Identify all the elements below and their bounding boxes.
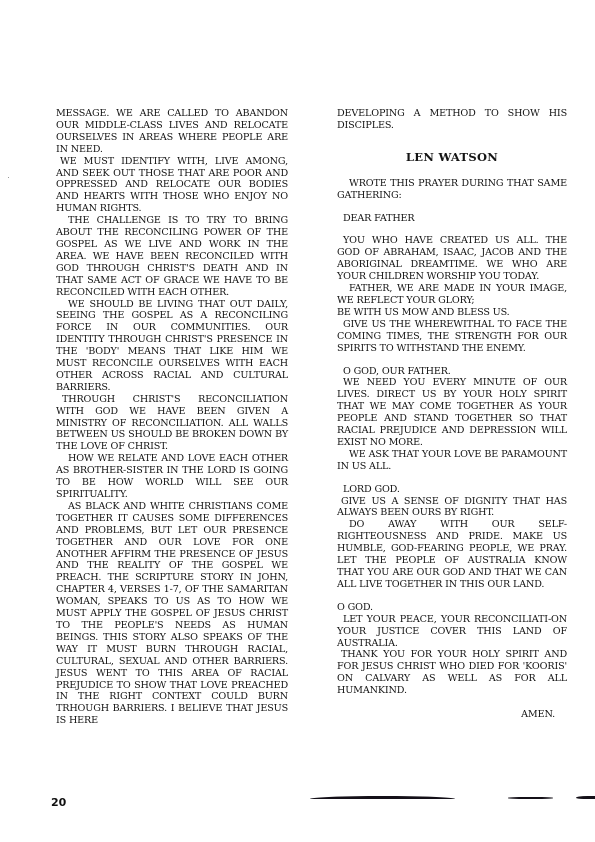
prayer-paragraph: WE NEED YOU EVERY MINUTE OF OUR LIVES. D… [337, 377, 567, 448]
prayer-salutation: DEAR FATHER [337, 213, 567, 225]
paragraph: THROUGH CHRIST'S RECONCILIATION WITH GOD… [56, 394, 288, 454]
decorative-rule [508, 797, 553, 799]
prayer-intro: WROTE THIS PRAYER DURING THAT SAME GATHE… [337, 178, 567, 202]
prayer-paragraph: BE WITH US MOW AND BLESS US. [337, 307, 567, 319]
prayer-paragraph: DO AWAY WITH OUR SELF-RIGHTEOUSNESS AND … [337, 519, 567, 590]
continuation-text: DEVELOPING A METHOD TO SHOW HIS DISCIPLE… [337, 108, 567, 132]
paragraph: MESSAGE. WE ARE CALLED TO ABANDON OUR MI… [56, 108, 288, 156]
paragraph: HOW WE RELATE AND LOVE EACH OTHER AS BRO… [56, 453, 288, 501]
left-column: MESSAGE. WE ARE CALLED TO ABANDON OUR MI… [56, 108, 288, 727]
right-column: DEVELOPING A METHOD TO SHOW HIS DISCIPLE… [337, 108, 567, 721]
prayer-paragraph: YOU WHO HAVE CREATED US ALL. THE GOD OF … [337, 235, 567, 283]
prayer-address: LORD GOD. [337, 484, 567, 496]
decorative-rule [576, 796, 595, 799]
paragraph: WE SHOULD BE LIVING THAT OUT DAILY, SEEI… [56, 299, 288, 394]
prayer-closing: AMEN. [337, 709, 567, 721]
decorative-rule [310, 796, 455, 799]
prayer-paragraph: GIVE US THE WHEREWITHAL TO FACE THE COMI… [337, 319, 567, 355]
section-heading: LEN WATSON [337, 152, 567, 164]
document-page: MESSAGE. WE ARE CALLED TO ABANDON OUR MI… [0, 0, 595, 842]
prayer-paragraph: LET YOUR PEACE, YOUR RECONCILIATI-ON YOU… [337, 614, 567, 650]
prayer-paragraph: GIVE US A SENSE OF DIGNITY THAT HAS ALWA… [337, 496, 567, 520]
paragraph: AS BLACK AND WHITE CHRISTIANS COME TOGET… [56, 501, 288, 727]
paragraph: WE MUST IDENTIFY WITH, LIVE AMONG, AND S… [56, 156, 288, 216]
prayer-address: O GOD, OUR FATHER. [337, 366, 567, 378]
paragraph: THE CHALLENGE IS TO TRY TO BRING ABOUT T… [56, 215, 288, 298]
scan-speck [8, 177, 9, 178]
page-number: 20 [51, 796, 66, 809]
prayer-paragraph: FATHER, WE ARE MADE IN YOUR IMAGE, WE RE… [337, 283, 567, 307]
prayer-paragraph: THANK YOU FOR YOUR HOLY SPIRIT AND FOR J… [337, 649, 567, 697]
prayer-address: O GOD. [337, 602, 567, 614]
prayer-paragraph: WE ASK THAT YOUR LOVE BE PARAMOUNT IN US… [337, 449, 567, 473]
